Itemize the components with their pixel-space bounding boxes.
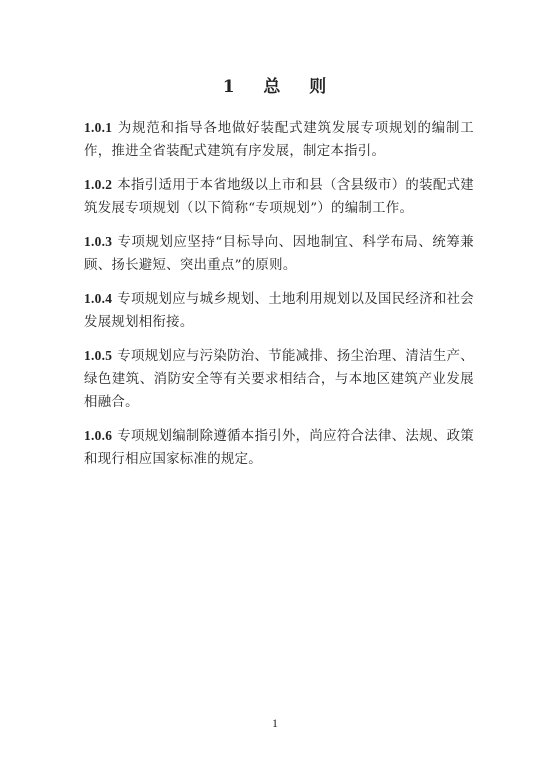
clause-1-0-2: 1.0.2本指引适用于本省地级以上市和县（含县级市）的装配式建筑发展专项规划（以… [84,173,474,220]
clause-text: 专项规划应与城乡规划、土地利用规划以及国民经济和社会发展规划相衔接。 [84,292,474,330]
clause-text: 专项规划编制除遵循本指引外，尚应符合法律、法规、政策和现行相应国家标准的规定。 [84,429,474,467]
document-body: 1.0.1为规范和指导各地做好装配式建筑发展专项规划的编制工作，推进全省装配式建… [84,116,474,481]
clause-number: 1.0.5 [84,348,112,363]
clause-text: 为规范和指导各地做好装配式建筑发展专项规划的编制工作，推进全省装配式建筑有序发展… [84,121,474,159]
clause-1-0-5: 1.0.5专项规划应与污染防治、节能减排、扬尘治理、清洁生产、绿色建筑、消防安全… [84,344,474,414]
chapter-title-word-2: 则 [309,77,327,97]
clause-number: 1.0.6 [84,428,112,443]
clause-1-0-4: 1.0.4专项规划应与城乡规划、土地利用规划以及国民经济和社会发展规划相衔接。 [84,287,474,334]
clause-text: 本指引适用于本省地级以上市和县（含县级市）的装配式建筑发展专项规划（以下简称“专… [84,178,474,216]
chapter-number: 1 [223,77,236,97]
clause-1-0-6: 1.0.6专项规划编制除遵循本指引外，尚应符合法律、法规、政策和现行相应国家标准… [84,424,474,471]
clause-text: 专项规划应坚持“目标导向、因地制宜、科学布局、统筹兼顾、扬长避短、突出重点”的原… [84,235,474,273]
clause-number: 1.0.1 [84,120,112,135]
chapter-title: 1 总 则 [0,72,550,97]
chapter-title-word-1: 总 [263,77,281,97]
page-number: 1 [0,716,550,731]
clause-1-0-1: 1.0.1为规范和指导各地做好装配式建筑发展专项规划的编制工作，推进全省装配式建… [84,116,474,163]
clause-1-0-3: 1.0.3专项规划应坚持“目标导向、因地制宜、科学布局、统筹兼顾、扬长避短、突出… [84,230,474,277]
clause-text: 专项规划应与污染防治、节能减排、扬尘治理、清洁生产、绿色建筑、消防安全等有关要求… [84,349,474,410]
clause-number: 1.0.3 [84,234,112,249]
clause-number: 1.0.2 [84,177,112,192]
clause-number: 1.0.4 [84,291,112,306]
